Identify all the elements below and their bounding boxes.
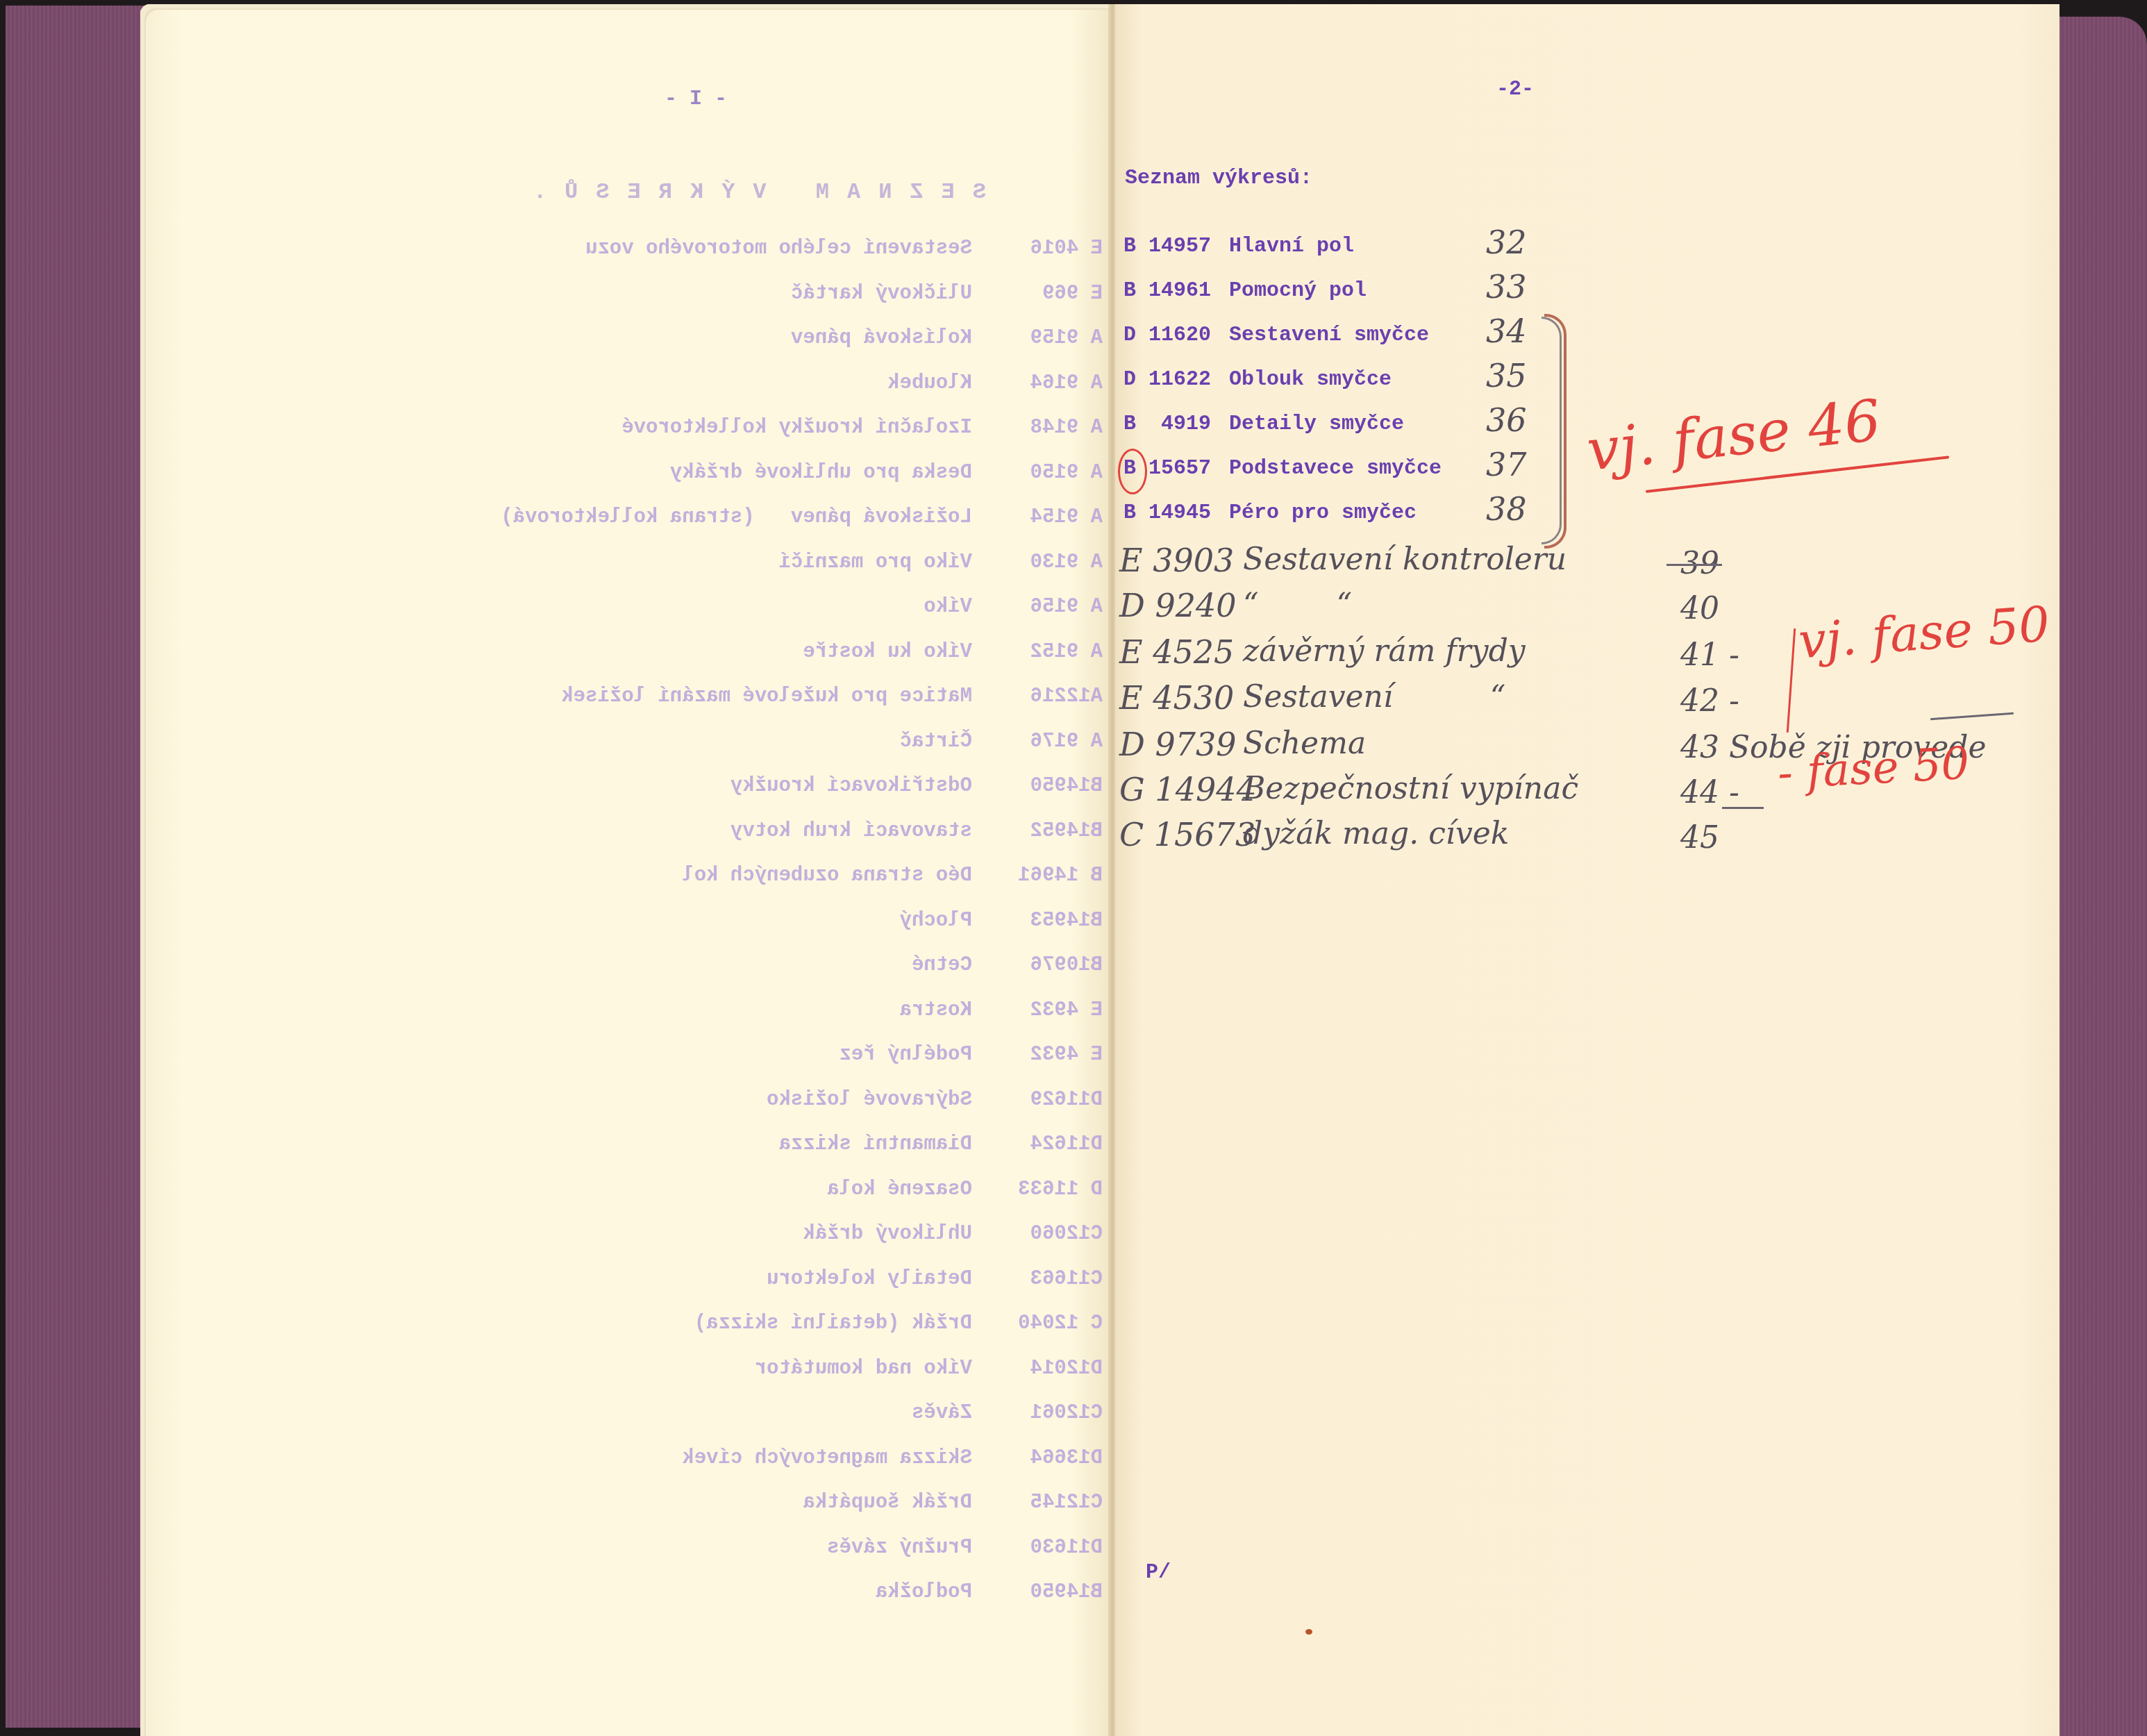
drawing-title: Péro pro smyčec <box>1229 501 1417 525</box>
handwritten-code: G 14944 <box>1119 771 1257 808</box>
handwritten-title: “ “ <box>1243 587 1352 622</box>
mirrored-title: Víko <box>924 595 972 618</box>
red-note-44-fase-50: - fase 50 <box>1776 738 1971 799</box>
mirrored-title: Čirtač <box>900 730 972 753</box>
left-page: - I - SEZNAM VÝKRESŮ. E 4016Sestavení ce… <box>140 4 1111 1736</box>
handwritten-title: dyžák mag. cívek <box>1243 816 1509 851</box>
handwritten-page-number: 33 <box>1486 268 1527 306</box>
handwritten-title: Sestavení kontroleru <box>1243 542 1567 577</box>
mirrored-code: E 969 <box>1042 282 1103 305</box>
mirrored-title: SEZNAM VÝKRESŮ. <box>515 179 986 205</box>
right-page <box>1115 4 2060 1736</box>
footer-mark: P/ <box>1146 1561 1171 1585</box>
handwritten-page-number: 40 <box>1680 591 1719 626</box>
mirrored-code: E 4016 <box>1030 237 1103 260</box>
mirrored-code: C12061 <box>1030 1401 1103 1424</box>
handwritten-page-number: 37 <box>1486 446 1527 483</box>
handwritten-page-number: 34 <box>1486 312 1527 350</box>
handwritten-page-number: 36 <box>1486 401 1527 439</box>
handwritten-code: E 4530 <box>1119 679 1234 717</box>
mirrored-title: Víko nad komutátor <box>755 1357 972 1380</box>
mirrored-code: D13664 <box>1030 1446 1103 1469</box>
pencil-dash-39 <box>1666 564 1722 566</box>
mirrored-code: A 9130 <box>1030 551 1103 574</box>
mirrored-title: Víko ku kostře <box>803 640 972 663</box>
mirrored-title: Sestavení celého motorového vozu <box>585 237 972 260</box>
handwritten-page-number: 41 - <box>1680 637 1739 673</box>
drawing-code: B 14961 <box>1123 279 1211 303</box>
mirrored-title: Skizza magnetových cívek <box>682 1446 972 1469</box>
red-circle-mark <box>1118 449 1147 494</box>
mirrored-code: B10976 <box>1030 953 1103 976</box>
mirrored-title: Matice pro kuželové mazání ložisek <box>561 685 972 708</box>
mirrored-code: A 9176 <box>1030 730 1103 753</box>
mirrored-title: Izolační kroužky kollektorové <box>621 416 972 439</box>
mirrored-title: Detaily kolektoru <box>767 1267 972 1290</box>
drawing-code: D 11622 <box>1123 368 1211 392</box>
list-heading: Seznam výkresů: <box>1125 167 1312 190</box>
handwritten-page-number: 45 <box>1680 820 1719 856</box>
mirrored-title: Držák šoupátka <box>803 1491 972 1514</box>
mirrored-code: D12014 <box>1030 1357 1103 1380</box>
mirrored-code: A 9154 <box>1030 506 1103 528</box>
mirrored-title: Kloubek <box>887 372 972 394</box>
mirrored-title: Odstřikovací kroužky <box>730 774 972 797</box>
drawing-title: Detaily smyčce <box>1229 412 1404 436</box>
mirrored-code: D11630 <box>1030 1536 1103 1559</box>
handwritten-code: D 9240 <box>1119 587 1237 624</box>
handwritten-page-number: 44 - <box>1680 775 1739 810</box>
handwritten-code: E 4525 <box>1119 633 1234 671</box>
drawing-title: Sestavení smyčce <box>1229 324 1429 347</box>
mirrored-title: Držák (detailní skizza) <box>694 1312 972 1335</box>
handwritten-title: závěrný rám frydy <box>1243 633 1526 669</box>
drawing-code: B 4919 <box>1123 412 1211 436</box>
mirrored-code: D11624 <box>1030 1133 1103 1155</box>
mirrored-title: Podélný řez <box>839 1043 972 1066</box>
mirrored-code: B14950 <box>1030 774 1103 797</box>
mirrored-title: Uličkový kartáč <box>791 282 972 305</box>
handwritten-code: C 15673 <box>1119 816 1255 853</box>
mirrored-code: A 9156 <box>1030 595 1103 618</box>
right-page-number: -2- <box>1496 78 1534 101</box>
mirrored-code: A 9159 <box>1030 326 1103 349</box>
mirrored-title: Pružný závěs <box>827 1536 972 1559</box>
mirrored-title: Plochý <box>900 909 972 932</box>
mirrored-title: Víko pro mazničí <box>779 551 972 574</box>
mirrored-code: C11663 <box>1030 1267 1103 1290</box>
mirrored-code: B 14961 <box>1018 864 1103 887</box>
mirrored-title: Kolísková pánev <box>791 326 972 349</box>
handwritten-page-number: 42 - <box>1680 683 1739 719</box>
handwritten-title: Sestavení “ <box>1243 679 1505 715</box>
mirrored-title: Závěs <box>912 1401 972 1424</box>
mirrored-code: A12216 <box>1030 685 1103 708</box>
mirrored-code: A 9164 <box>1030 372 1103 394</box>
mirrored-title: Osazené kola <box>827 1178 972 1201</box>
drawing-title: Podstavece smyčce <box>1229 457 1442 481</box>
mirrored-title: Uhlíkový držák <box>803 1222 972 1245</box>
handwritten-title: Schema <box>1243 726 1366 761</box>
pencil-bracket-34-38 <box>1542 317 1562 544</box>
mirrored-title: Deska pro uhlíkové držáky <box>670 461 972 484</box>
mirrored-title: Cetné <box>912 953 972 976</box>
mirrored-title: Sdýravové ložisko <box>767 1088 972 1111</box>
mirrored-code: B14952 <box>1030 819 1103 842</box>
mirrored-code: A 9152 <box>1030 640 1103 663</box>
mirrored-code: C12145 <box>1030 1491 1103 1514</box>
drawing-code: B 14945 <box>1123 501 1211 525</box>
mirrored-title: Podložka <box>876 1580 972 1603</box>
drawing-code: B 14957 <box>1123 235 1211 258</box>
mirrored-title: Déo strana ozubených kol <box>682 864 972 887</box>
handwritten-page-number: 32 <box>1486 224 1527 261</box>
ink-spot <box>1305 1629 1312 1635</box>
mirrored-code: B14953 <box>1030 909 1103 932</box>
mirrored-code: A 9148 <box>1030 416 1103 439</box>
mirrored-code: D 11633 <box>1018 1178 1103 1201</box>
mirrored-title: Ložisková pánev (strana kollektorová) <box>501 506 972 528</box>
mirrored-code: E 4932 <box>1030 1043 1103 1066</box>
handwritten-code: E 3903 <box>1119 542 1234 579</box>
mirrored-title: Kostra <box>900 999 972 1021</box>
handwritten-page-number: 35 <box>1486 357 1527 394</box>
mirrored-offset-text: SEZNAM VÝKRESŮ. E 4016Sestavení celého m… <box>140 4 1111 1736</box>
drawing-title: Pomocný pol <box>1229 279 1367 303</box>
drawing-code: D 11620 <box>1123 324 1211 347</box>
mirrored-title: Diamantní skizza <box>779 1133 972 1155</box>
pencil-dash-45 <box>1722 807 1764 809</box>
drawing-title: Oblouk smyčce <box>1229 368 1392 392</box>
mirrored-code: C12060 <box>1030 1222 1103 1245</box>
mirrored-code: C 12040 <box>1018 1312 1103 1335</box>
drawing-title: Hlavní pol <box>1229 235 1354 258</box>
mirrored-code: B14950 <box>1030 1580 1103 1603</box>
mirrored-title: stavovací kruh kotvy <box>730 819 972 842</box>
mirrored-code: D11629 <box>1030 1088 1103 1111</box>
handwritten-page-number: 38 <box>1486 490 1527 528</box>
handwritten-code: D 9739 <box>1119 726 1237 763</box>
mirrored-code: A 9150 <box>1030 461 1103 484</box>
mirrored-code: E 4932 <box>1030 999 1103 1021</box>
handwritten-title: Bezpečnostní vypínač <box>1243 771 1578 806</box>
book-cover-right <box>2055 17 2147 1736</box>
